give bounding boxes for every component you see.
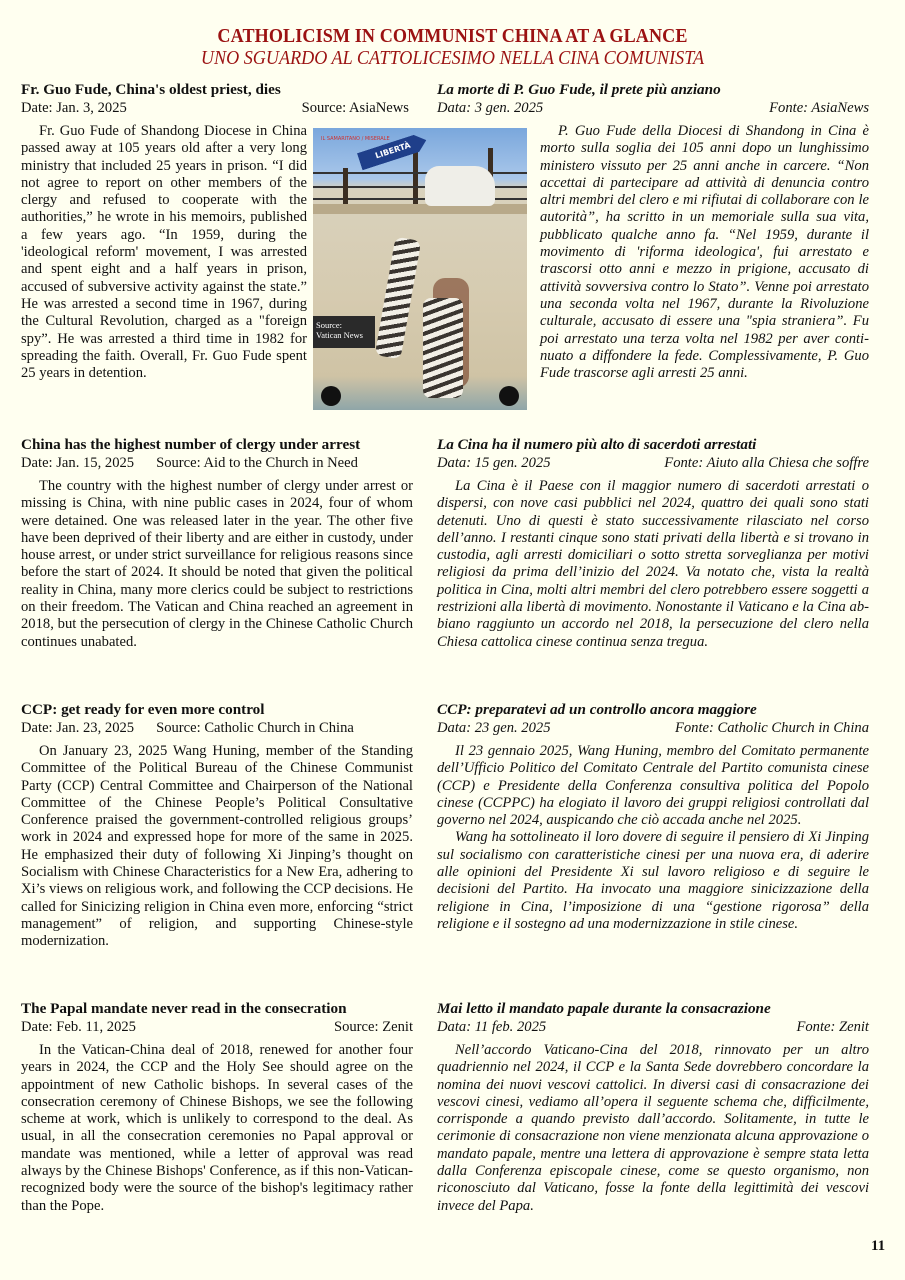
article-paragraph: Wang ha sottolineato il loro dovere di s… — [437, 829, 869, 933]
article-source: Fonte: Aiuto alla Chiesa che soffre — [664, 454, 869, 472]
article-headline: China has the highest number of clergy u… — [21, 436, 413, 454]
article-headline: CCP: get ready for even more control — [21, 701, 413, 719]
article-meta: Date: Jan. 15, 2025 Source: Aid to the C… — [21, 454, 413, 472]
article-meta: Date: Jan. 23, 2025 Source: Catholic Chu… — [21, 719, 413, 737]
article-source: Source: Catholic Church in China — [156, 719, 354, 737]
article-paragraph: Il 23 gennaio 2025, Wang Huning, membro … — [437, 743, 869, 829]
article-body: The country with the highest number of c… — [21, 478, 413, 651]
page-number: 11 — [871, 1238, 885, 1255]
article-body: P. Guo Fude della Diocesi di Shandong in… — [540, 123, 869, 382]
article-3-italian: CCP: preparatevi ad un controllo ancora … — [437, 701, 869, 933]
article-4-italian: Mai letto il mandato papale durante la c… — [437, 1000, 869, 1215]
prisoner-climbing — [375, 237, 421, 360]
article-paragraph: Fr. Guo Fude of Shandong Diocese in Chin… — [21, 123, 307, 382]
article-source: Source: Zenit — [334, 1018, 413, 1036]
article-headline: CCP: preparatevi ad un controllo ancora … — [437, 701, 869, 719]
article-meta: Data: 11 feb. 2025 Fonte: Zenit — [437, 1018, 869, 1036]
fence-post — [343, 168, 348, 208]
article-body: On January 23, 2025 Wang Huning, member … — [21, 743, 413, 951]
article-1-italian: La morte di P. Guo Fude, il prete più an… — [437, 81, 869, 382]
article-date: Data: 3 gen. 2025 — [437, 99, 543, 117]
page-title-english: CATHOLICISM IN COMMUNIST CHINA AT A GLAN… — [32, 26, 874, 48]
article-4-english: The Papal mandate never read in the cons… — [21, 1000, 413, 1215]
article-meta: Data: 23 gen. 2025 Fonte: Catholic Churc… — [437, 719, 869, 737]
article-meta: Data: 3 gen. 2025 Fonte: AsiaNews — [437, 99, 869, 117]
article-date: Data: 15 gen. 2025 — [437, 454, 551, 472]
article-2-english: China has the highest number of clergy u… — [21, 436, 413, 651]
article-body: La Cina è il Paese con il maggior numero… — [437, 478, 869, 651]
article-meta: Date: Feb. 11, 2025 Source: Zenit — [21, 1018, 413, 1036]
article-meta: Date: Jan. 3, 2025 Source: AsiaNews — [21, 99, 413, 117]
article-source: Fonte: AsiaNews — [769, 99, 869, 117]
article-source: Source: AsiaNews — [302, 99, 409, 117]
article-paragraph: In the Vatican-China deal of 2018, renew… — [21, 1042, 413, 1215]
article-headline: La morte di P. Guo Fude, il prete più an… — [437, 81, 869, 99]
article-2-italian: La Cina ha il numero più alto di sacerdo… — [437, 436, 869, 651]
article-date: Date: Jan. 15, 2025 — [21, 454, 134, 472]
article-body: Fr. Guo Fude of Shandong Diocese in Chin… — [21, 123, 307, 382]
article-paragraph: P. Guo Fude della Diocesi di Shandong in… — [540, 123, 869, 382]
article-date: Data: 23 gen. 2025 — [437, 719, 551, 737]
article-paragraph: The country with the highest number of c… — [21, 478, 413, 651]
ball-and-chain-icon — [321, 386, 341, 406]
article-date: Date: Jan. 23, 2025 — [21, 719, 134, 737]
article-paragraph: La Cina è il Paese con il maggior numero… — [437, 478, 869, 651]
publisher-logo: IL SAMARITANO / MISERALE — [321, 136, 390, 142]
article-headline: Mai letto il mandato papale durante la c… — [437, 1000, 869, 1018]
article-body: In the Vatican-China deal of 2018, renew… — [21, 1042, 413, 1215]
article-source: Source: Aid to the Church in Need — [156, 454, 358, 472]
article-headline: La Cina ha il numero più alto di sacerdo… — [437, 436, 869, 454]
article-headline: Fr. Guo Fude, China's oldest priest, die… — [21, 81, 413, 99]
article-headline: The Papal mandate never read in the cons… — [21, 1000, 413, 1018]
article-paragraph: Nell’accordo Vaticano-Cina del 2018, rin… — [437, 1042, 869, 1215]
page-title-italian: UNO SGUARDO AL CATTOLICESIMO NELLA CINA … — [32, 48, 874, 70]
image-caption: Source: Vatican News — [313, 316, 375, 348]
article-date: Date: Feb. 11, 2025 — [21, 1018, 136, 1036]
article-date: Date: Jan. 3, 2025 — [21, 99, 127, 117]
article-source: Fonte: Catholic Church in China — [675, 719, 869, 737]
ball-and-chain-icon — [499, 386, 519, 406]
article-meta: Data: 15 gen. 2025 Fonte: Aiuto alla Chi… — [437, 454, 869, 472]
masthead: CATHOLICISM IN COMMUNIST CHINA AT A GLAN… — [0, 26, 905, 70]
article-body: Nell’accordo Vaticano-Cina del 2018, rin… — [437, 1042, 869, 1215]
article-date: Data: 11 feb. 2025 — [437, 1018, 546, 1036]
article-paragraph: On January 23, 2025 Wang Huning, member … — [21, 743, 413, 951]
article-3-english: CCP: get ready for even more control Dat… — [21, 701, 413, 951]
article-source: Fonte: Zenit — [796, 1018, 869, 1036]
article-body: Il 23 gennaio 2025, Wang Huning, membro … — [437, 743, 869, 933]
